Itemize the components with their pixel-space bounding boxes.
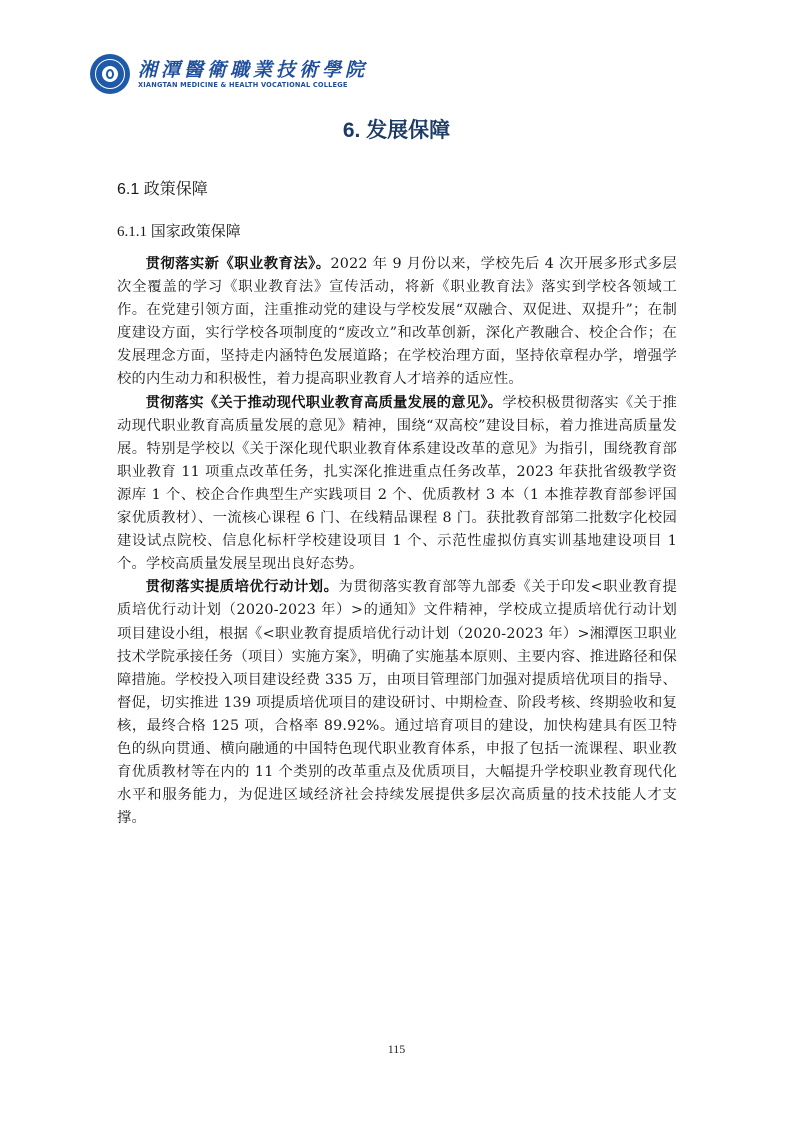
emblem-core xyxy=(102,66,118,82)
page-header: 湘潭醫衛職業技術學院 XIANGTAN MEDICINE & HEALTH VO… xyxy=(90,52,368,96)
paragraph-quality-improvement-plan: 贯彻落实提质培优行动计划。为贯彻落实教育部等九部委《关于印发<职业教育提质培优行… xyxy=(117,576,677,830)
paragraph-body: 2022 年 9 月份以来，学校先后 4 次开展多形式多层次全覆盖的学习《职业教… xyxy=(117,256,677,387)
section-title: 6.1 政策保障 xyxy=(117,176,208,199)
chapter-title: 6. 发展保障 xyxy=(0,114,793,144)
subsection-title: 6.1.1 国家政策保障 xyxy=(117,220,241,241)
paragraph-body: 为贯彻落实教育部等九部委《关于印发<职业教育提质培优行动计划（2020-2023… xyxy=(117,579,677,826)
college-name-cn: 湘潭醫衛職業技術學院 xyxy=(138,59,368,81)
paragraph-lead: 贯彻落实新《职业教育法》。 xyxy=(146,256,331,272)
college-name-en: XIANGTAN MEDICINE & HEALTH VOCATIONAL CO… xyxy=(138,81,368,90)
paragraph-vocational-education-law: 贯彻落实新《职业教育法》。2022 年 9 月份以来，学校先后 4 次开展多形式… xyxy=(117,253,677,392)
body-text: 贯彻落实新《职业教育法》。2022 年 9 月份以来，学校先后 4 次开展多形式… xyxy=(117,253,677,830)
college-emblem-icon xyxy=(90,54,130,94)
page-number: 115 xyxy=(0,1042,793,1057)
paragraph-body: 学校积极贯彻落实《关于推动现代职业教育高质量发展的意见》精神，围绕“双高校”建设… xyxy=(117,395,677,573)
paragraph-high-quality-development: 贯彻落实《关于推动现代职业教育高质量发展的意见》。学校积极贯彻落实《关于推动现代… xyxy=(117,392,677,577)
college-logo-text: 湘潭醫衛職業技術學院 XIANGTAN MEDICINE & HEALTH VO… xyxy=(138,59,368,90)
paragraph-lead: 贯彻落实提质培优行动计划。 xyxy=(146,579,339,595)
paragraph-lead: 贯彻落实《关于推动现代职业教育高质量发展的意见》。 xyxy=(146,395,503,411)
